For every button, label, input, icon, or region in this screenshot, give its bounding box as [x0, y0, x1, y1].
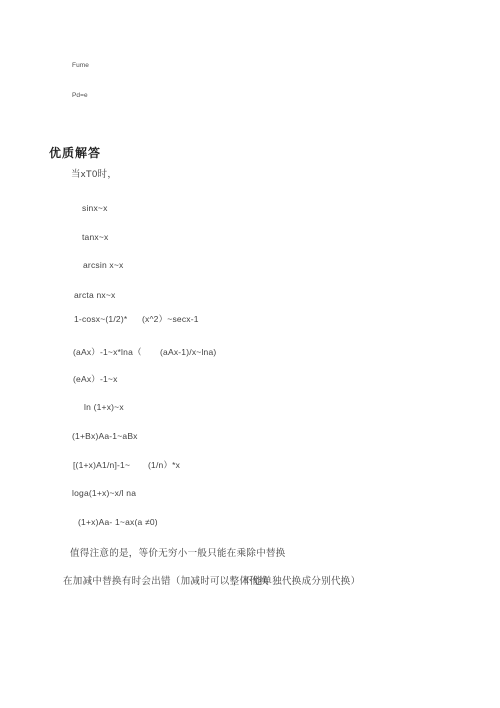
- note-segment-right: ，不能单独代换成分别代换）: [233, 576, 360, 587]
- meta-text-2: Pd=e: [72, 92, 88, 100]
- formula-line: tanx~x: [82, 232, 108, 242]
- formula-line: arcta nx~x: [74, 290, 115, 300]
- formula-segment-right: (aAx-1)/x~lna): [160, 347, 216, 357]
- formula-segment-right: (x^2）~secx-1: [142, 314, 199, 324]
- formula-line: (eAx）-1~x: [73, 374, 118, 384]
- note-line: 值得注意的是，等价无穷小一般只能在乘除中替换: [70, 548, 286, 559]
- intro-line: 当xT0时，: [71, 169, 117, 180]
- formula-line: sinx~x: [82, 203, 108, 213]
- formula-segment-left: 1-cosx~(1/2)*: [74, 314, 127, 324]
- section-title: 优质解答: [49, 146, 101, 160]
- answer-page: Fume Pd=e 优质解答 当xT0时， sinx~x tanx~x arcs…: [0, 0, 500, 708]
- formula-line: arcsin x~x: [83, 260, 124, 270]
- formula-line: ln (1+x)~x: [84, 402, 124, 412]
- meta-text-1: Fume: [72, 62, 89, 70]
- formula-segment-left: [(1+x)A1/n]-1~: [73, 460, 130, 470]
- formula-segment-right: (1/n）*x: [148, 460, 180, 470]
- formula-segment-left: (aAx）-1~x*lna（: [73, 347, 142, 357]
- formula-line: loga(1+x)~x/l na: [72, 488, 136, 498]
- formula-line: (1+x)Aa- 1~ax(a ≠0): [78, 517, 158, 527]
- formula-line: (1+Bx)Aa-1~aBx: [72, 431, 138, 441]
